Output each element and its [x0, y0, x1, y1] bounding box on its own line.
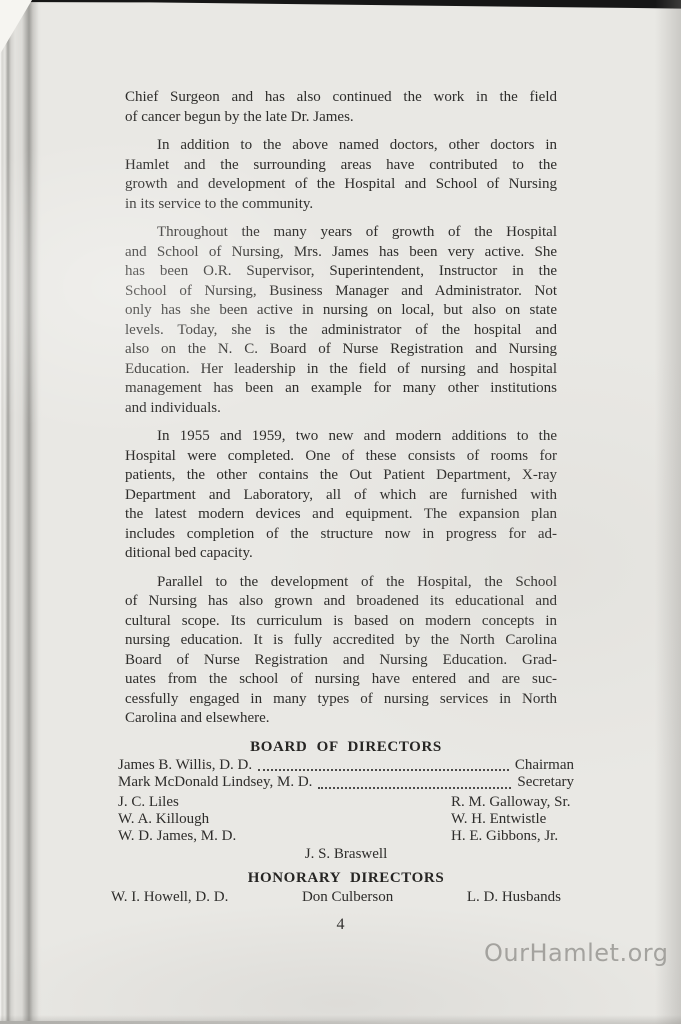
honorary-heading: HONORARY DIRECTORS [118, 868, 574, 888]
text-line: Education. Her leadership in the field o… [125, 360, 557, 380]
board-heading: BOARD OF DIRECTORS [118, 737, 574, 757]
text-line: Parallel to the development of the Hospi… [125, 573, 557, 593]
officer-name: James B. Willis, D. D. [118, 757, 252, 775]
member-name: W. H. Entwistle [451, 811, 570, 828]
paragraph: Throughout the many years of growth of t… [125, 223, 557, 418]
text-line: Hospital were completed. One of these co… [125, 447, 557, 467]
member-name: W. D. James, M. D. [118, 828, 451, 845]
dot-leader [258, 757, 509, 772]
text-line: Department and Laboratory, all of which … [125, 486, 557, 506]
dot-leader [318, 774, 511, 789]
member-name: R. M. Galloway, Sr. [451, 794, 570, 811]
page-top-shadow [0, 0, 681, 11]
paragraph: Parallel to the development of the Hospi… [125, 573, 557, 729]
honorary-name: L. D. Husbands [467, 889, 561, 906]
text-line: Board of Nurse Registration and Nursing … [125, 651, 557, 671]
text-line: School of Nursing, Business Manager and … [125, 282, 557, 302]
text-line: also on the N. C. Board of Nurse Registr… [125, 340, 557, 360]
text-line: In addition to the above named doctors, … [125, 136, 557, 156]
paragraph: In 1955 and 1959, two new and modern add… [125, 427, 557, 564]
text-line: and individuals. [125, 399, 557, 419]
honorary-directors-section: HONORARY DIRECTORS W. I. Howell, D. D.Do… [118, 868, 574, 906]
board-members: J. C. LilesW. A. KilloughW. D. James, M.… [118, 794, 574, 845]
member-name: H. E. Gibbons, Jr. [451, 828, 570, 845]
scanned-book-page: Chief Surgeon and has also continued the… [0, 0, 681, 1024]
text-line: nursing education. It is fully accredite… [125, 631, 557, 651]
member-name: J. C. Liles [118, 794, 451, 811]
text-line: uates from the school of nursing have en… [125, 670, 557, 690]
text-line: growth and development of the Hospital a… [125, 175, 557, 195]
text-line: of Nursing has also grown and broadened … [125, 592, 557, 612]
text-line: the latest modern devices and equipment.… [125, 505, 557, 525]
book-binding-edge [0, 0, 42, 1024]
text-line: ditional bed capacity. [125, 544, 557, 564]
member-name: W. A. Killough [118, 811, 451, 828]
officer-title: Secretary [517, 774, 574, 792]
board-of-directors-section: BOARD OF DIRECTORS James B. Willis, D. D… [118, 737, 574, 863]
text-line: has been O.R. Supervisor, Superintendent… [125, 262, 557, 282]
honorary-name: Don Culberson [302, 889, 393, 906]
text-line: In 1955 and 1959, two new and modern add… [125, 427, 557, 447]
board-members-left: J. C. LilesW. A. KilloughW. D. James, M.… [118, 794, 451, 845]
officer-row: James B. Willis, D. D.Chairman [118, 757, 574, 775]
officer-row: Mark McDonald Lindsey, M. D.Secretary [118, 774, 574, 792]
paragraph: Chief Surgeon and has also continued the… [125, 88, 557, 127]
text-line: management has been an example for many … [125, 379, 557, 399]
board-officers: James B. Willis, D. D.ChairmanMark McDon… [118, 757, 574, 792]
text-line: of cancer begun by the late Dr. James. [125, 108, 557, 128]
text-line: only has she been active in nursing on l… [125, 301, 557, 321]
officer-title: Chairman [515, 757, 574, 775]
text-line: and School of Nursing, Mrs. James has be… [125, 243, 557, 263]
text-line: Throughout the many years of growth of t… [125, 223, 557, 243]
text-line: Hamlet and the surrounding areas have co… [125, 156, 557, 176]
board-member-centered: J. S. Braswell [118, 846, 574, 863]
page-number: 4 [0, 916, 681, 934]
officer-name: Mark McDonald Lindsey, M. D. [118, 774, 312, 792]
text-line: cultural scope. Its curriculum is based … [125, 612, 557, 632]
board-members-right: R. M. Galloway, Sr.W. H. EntwistleH. E. … [451, 794, 570, 845]
text-line: includes completion of the structure now… [125, 525, 557, 545]
text-line: cessfully engaged in many types of nursi… [125, 690, 557, 710]
body-text: Chief Surgeon and has also continued the… [125, 88, 557, 729]
text-line: Chief Surgeon and has also continued the… [125, 88, 557, 108]
watermark: OurHamlet.org [484, 939, 668, 967]
text-line: in its service to the community. [125, 195, 557, 215]
page-right-shadow [655, 0, 681, 1024]
paragraph: In addition to the above named doctors, … [125, 136, 557, 214]
page-content: Chief Surgeon and has also continued the… [125, 88, 557, 906]
honorary-name: W. I. Howell, D. D. [111, 889, 228, 906]
text-line: patients, the other contains the Out Pat… [125, 466, 557, 486]
text-line: levels. Today, she is the administrator … [125, 321, 557, 341]
text-line: Carolina and elsewhere. [125, 709, 557, 729]
honorary-names: W. I. Howell, D. D.Don CulbersonL. D. Hu… [111, 889, 561, 906]
